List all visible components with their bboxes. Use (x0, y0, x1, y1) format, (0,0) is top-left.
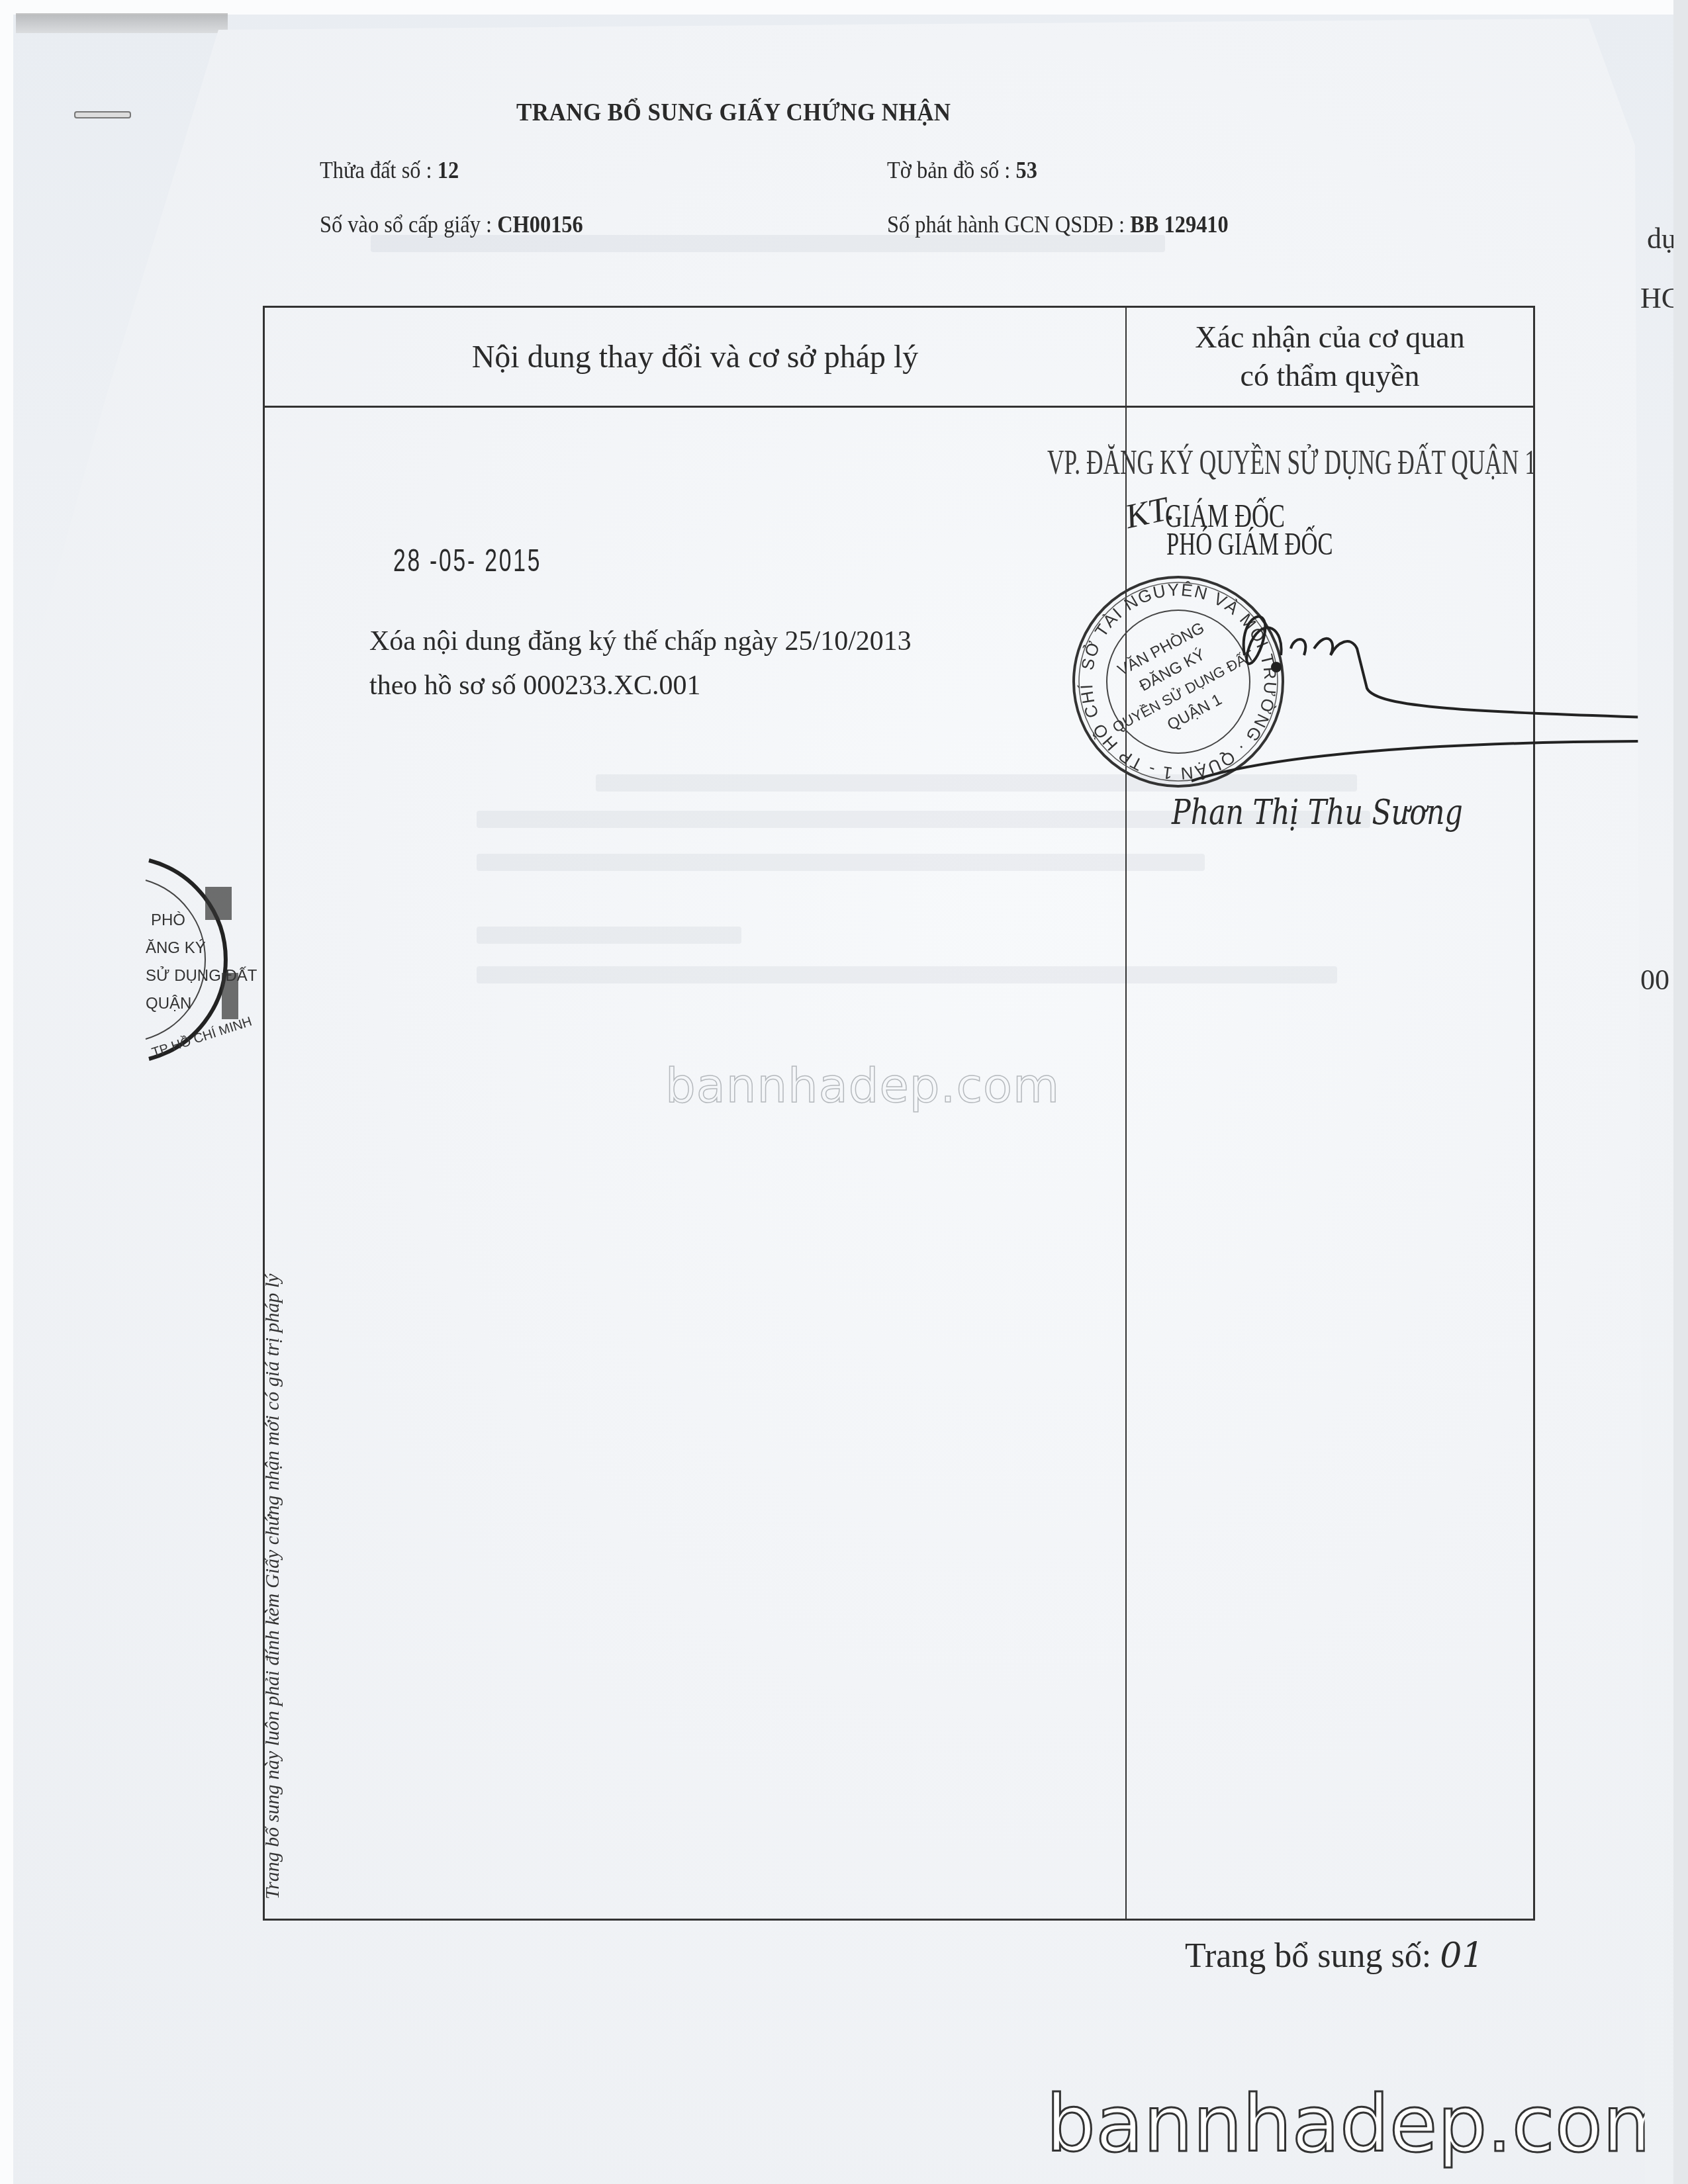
issue-number: Số phát hành GCN QSDĐ : BB 129410 (887, 210, 1229, 238)
map-sheet-label: Tờ bản đồ số : (887, 157, 1010, 183)
certificate-page: TRANG BỔ SUNG GIẤY CHỨNG NHẬN Thửa đất s… (0, 0, 1688, 2184)
office-stamp: VP. ĐĂNG KÝ QUYỀN SỬ DỤNG ĐẤT QUẬN 1 (1047, 443, 1536, 482)
parcel-number: Thửa đất số : 12 (320, 156, 459, 184)
seal-fragment-line: SỬ DỤNG ĐẤT (146, 966, 258, 985)
seal-fragment-line: PHÒ (151, 911, 185, 929)
issue-value: BB 129410 (1130, 211, 1229, 238)
sub-role-title: PHÓ GIÁM ĐỐC (1166, 526, 1333, 563)
seal-fragment-line: ĂNG KÝ (146, 939, 206, 957)
header-divider (265, 406, 1533, 408)
map-sheet-number: Tờ bản đồ số : 53 (887, 156, 1037, 184)
seal-fragment-line: TP HỒ CHÍ MINH (150, 1013, 254, 1060)
header-changes: Nội dung thay đổi và cơ sở pháp lý (265, 308, 1125, 406)
bleed-through-text: dụ (1647, 222, 1676, 255)
register-number: Số vào sổ cấp giấy : CH00156 (320, 210, 583, 238)
register-label: Số vào sổ cấp giấy : (320, 211, 492, 238)
staple-icon (74, 111, 131, 118)
partial-seal-icon: PHÒ ĂNG KÝ SỬ DỤNG ĐẤT QUẬN TP HỒ CHÍ MI… (79, 847, 291, 1072)
entry-date: 28 -05- 2015 (393, 543, 541, 579)
header-authority: Xác nhận của cơ quan có thẩm quyền (1127, 308, 1533, 406)
map-sheet-value: 53 (1015, 157, 1037, 183)
scanner-margin-top (0, 0, 1688, 15)
header-authority-line1: Xác nhận của cơ quan (1195, 318, 1464, 357)
parcel-value: 12 (438, 157, 459, 183)
header-authority-line2: có thẩm quyền (1241, 357, 1420, 395)
page-number-label: Trang bổ sung số: (1185, 1937, 1431, 1975)
watermark-center: bannhadep.com (665, 1058, 1060, 1113)
column-divider (1125, 308, 1127, 1919)
scanner-margin-right (1673, 0, 1688, 2184)
seal-fragment-line: QUẬN (146, 995, 191, 1013)
page-number: Trang bổ sung số: 01 (1185, 1936, 1483, 1976)
bleed-through-text: 00 (1640, 963, 1669, 997)
issue-label: Số phát hành GCN QSDĐ : (887, 211, 1125, 238)
entry-content-line2: theo hồ sơ số 000233.XC.001 (369, 670, 701, 702)
register-value: CH00156 (497, 211, 583, 238)
page-number-value: 01 (1440, 1936, 1483, 1976)
scanner-margin-left (0, 0, 13, 2184)
parcel-label: Thửa đất số : (320, 157, 432, 183)
signatory-name: Phan Thị Thu Sương (1172, 793, 1463, 833)
watermark-bottom: bannhadep.com (1046, 2078, 1679, 2169)
signature-icon (1139, 576, 1668, 801)
fold-shadow (16, 13, 228, 33)
entry-content-line1: Xóa nội dung đăng ký thế chấp ngày 25/10… (369, 625, 912, 657)
attachment-note: Trang bổ sung này luôn phải đính kèm Giấ… (261, 1273, 284, 1899)
document-title: TRANG BỔ SUNG GIẤY CHỨNG NHẬN (516, 98, 951, 127)
